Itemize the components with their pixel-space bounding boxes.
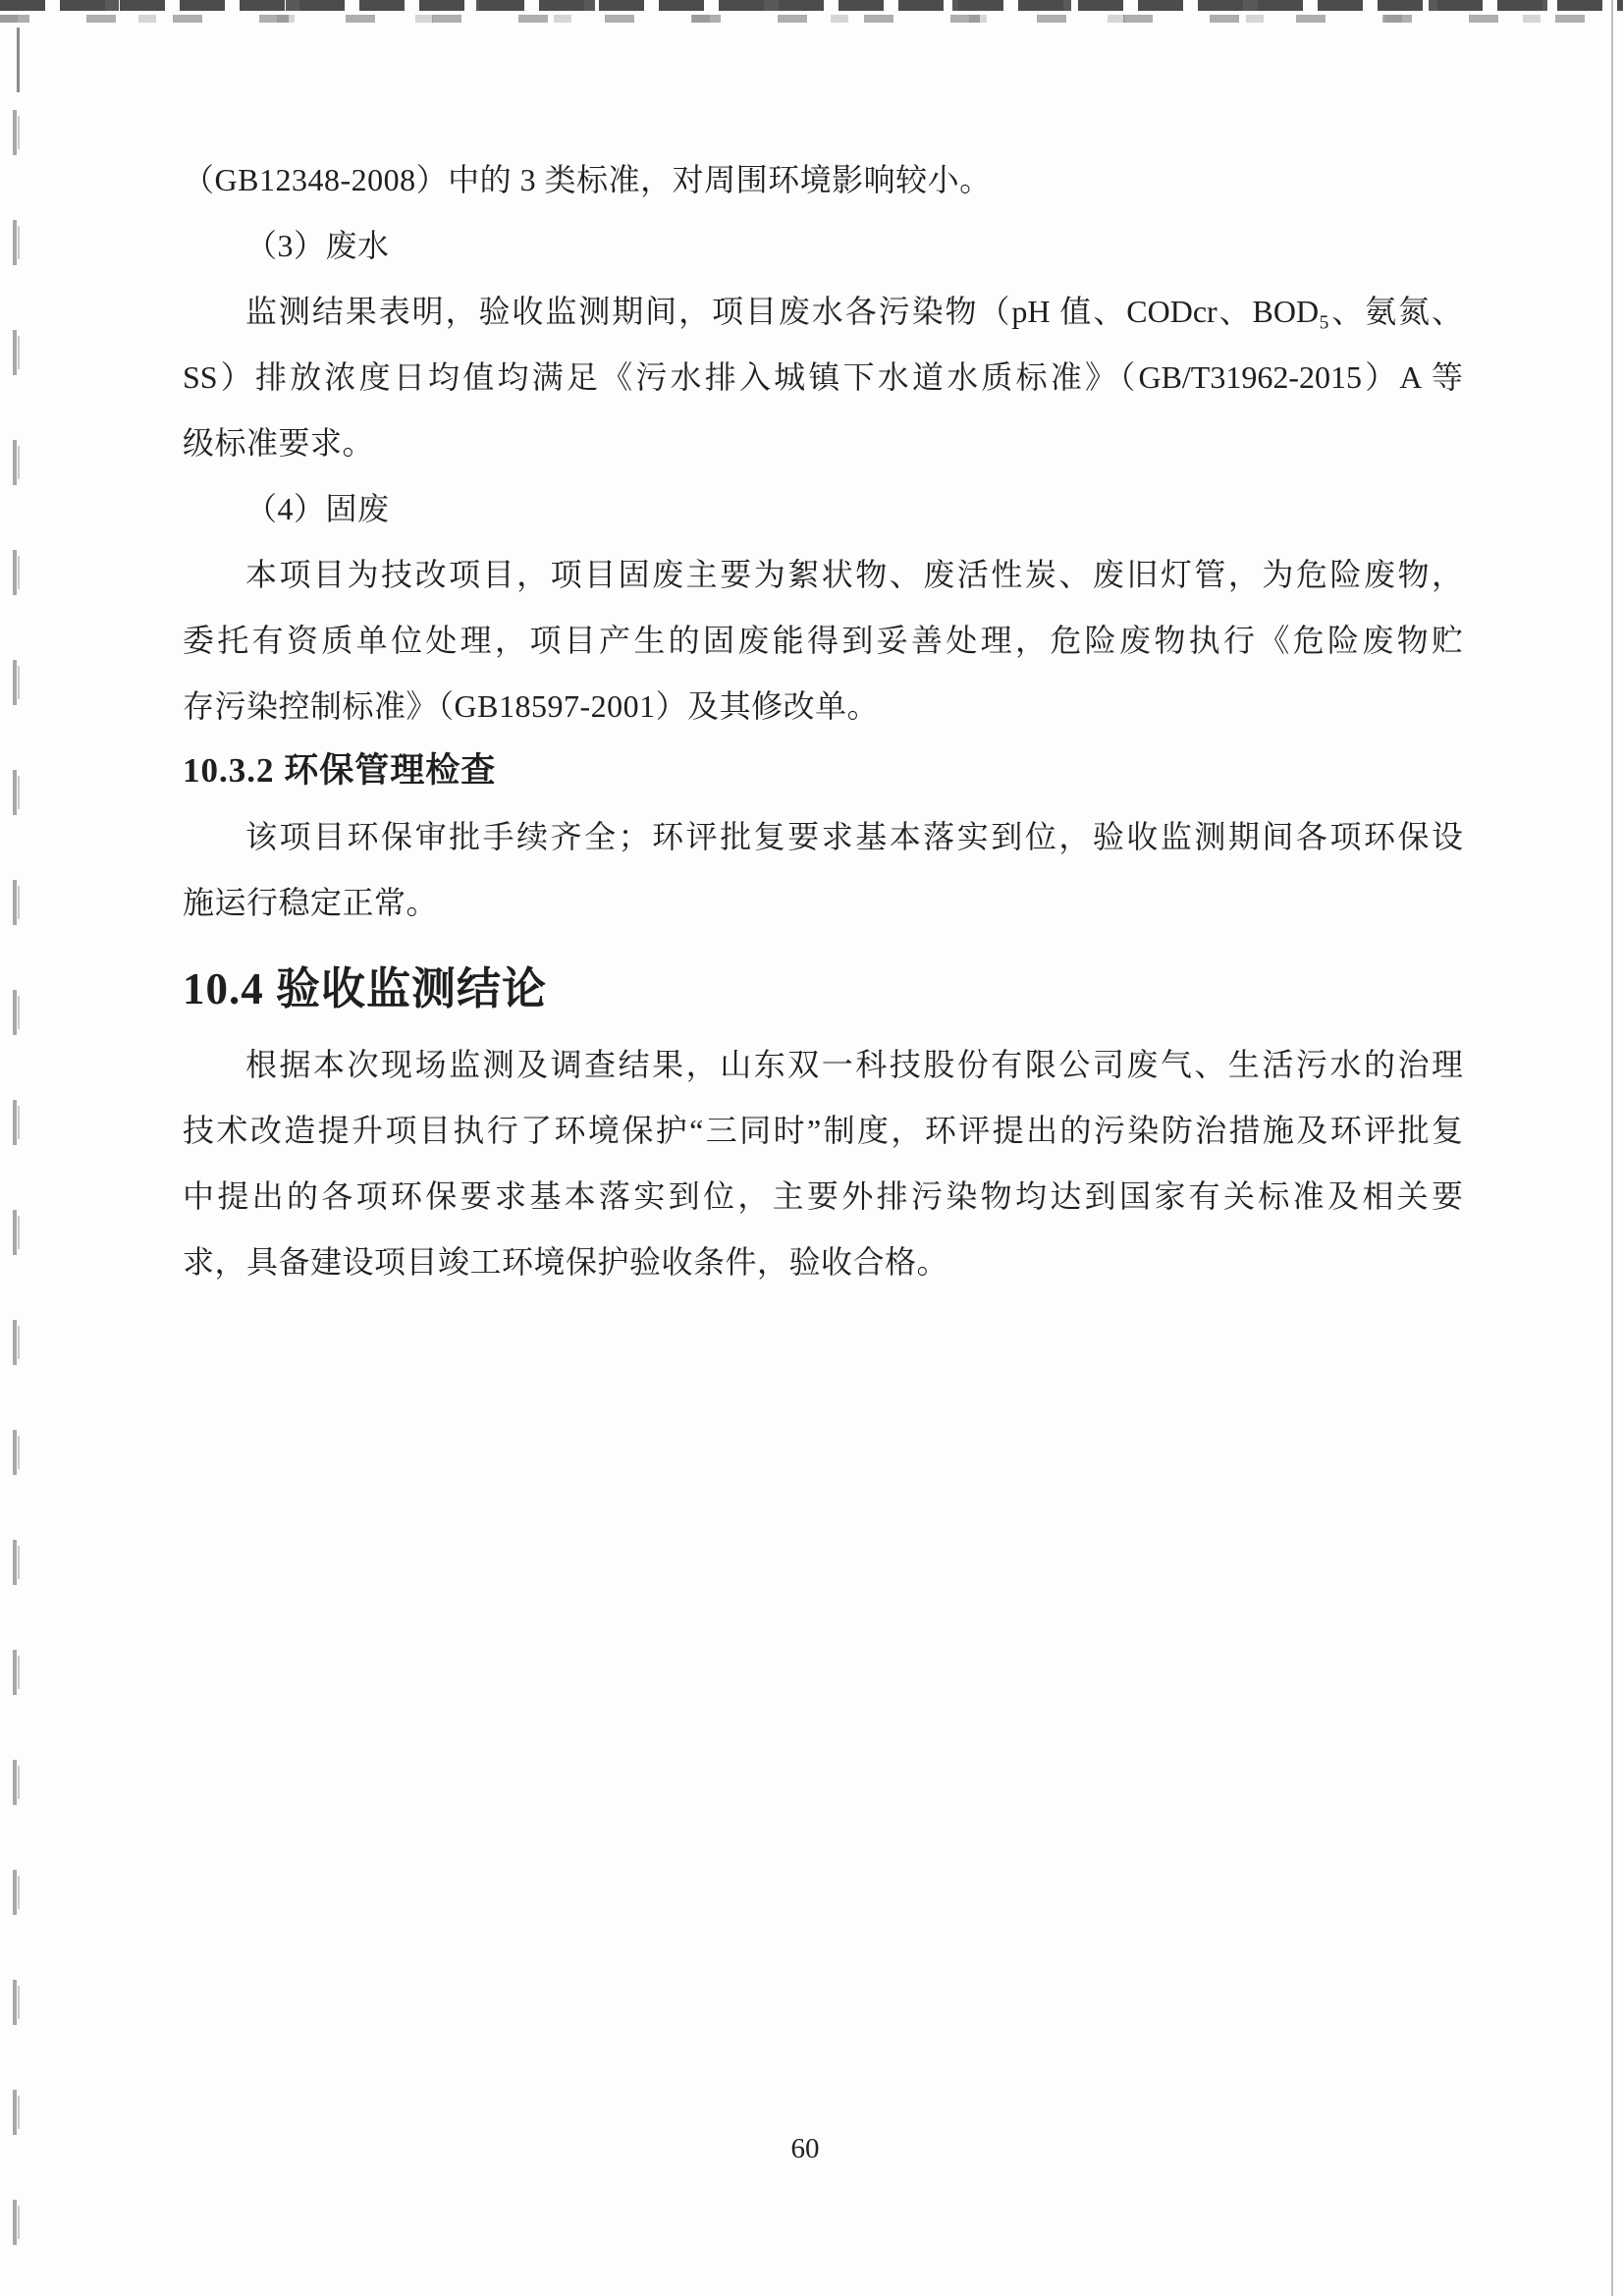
paragraph-line: 该项目环保审批手续齐全；环评批复要求基本落实到位，验收监测期间各项环保设 <box>183 804 1463 870</box>
section-heading-10-3-2: 10.3.2 环保管理检查 <box>183 741 1463 800</box>
paragraph-line: 监测结果表明，验收监测期间，项目废水各污染物（pH 值、CODcr、BOD₅、氨… <box>183 279 1463 345</box>
paragraph-line: 中提出的各项环保要求基本落实到位，主要外排污染物均达到国家有关标准及相关要 <box>183 1164 1463 1230</box>
binding-marks-left-echo <box>18 116 20 2291</box>
paragraph-line: （GB12348-2008）中的 3 类标准，对周围环境影响较小。 <box>183 147 1463 213</box>
scan-mark-top-left <box>17 27 20 92</box>
paragraph-line: 求，具备建设项目竣工环境保护验收条件，验收合格。 <box>183 1230 1463 1295</box>
list-item-heading: （4）固废 <box>183 476 1463 542</box>
paragraph-line: 委托有资质单位处理，项目产生的固废能得到妥善处理，危险废物执行《危险废物贮 <box>183 608 1463 674</box>
scan-noise-top-band <box>0 0 1623 11</box>
paragraph-line: 施运行稳定正常。 <box>183 870 1463 936</box>
document-body: （GB12348-2008）中的 3 类标准，对周围环境影响较小。 （3）废水 … <box>183 147 1463 1295</box>
paragraph-line: 本项目为技改项目，项目固废主要为絮状物、废活性炭、废旧灯管，为危险废物， <box>183 542 1463 608</box>
scan-noise-top-band-faint <box>0 15 1623 23</box>
page-number: 60 <box>0 2133 1610 2165</box>
scanned-document-page: （GB12348-2008）中的 3 类标准，对周围环境影响较小。 （3）废水 … <box>0 0 1623 2296</box>
paragraph-line: 技术改造提升项目执行了环境保护“三同时”制度，环评提出的污染防治措施及环评批复 <box>183 1098 1463 1164</box>
scan-line-right-edge <box>1611 0 1613 2296</box>
paragraph-line: 根据本次现场监测及调查结果，山东双一科技股份有限公司废气、生活污水的治理 <box>183 1032 1463 1098</box>
paragraph-line: 级标准要求。 <box>183 410 1463 476</box>
binding-marks-left <box>13 110 17 2285</box>
list-item-heading: （3）废水 <box>183 213 1463 279</box>
paragraph-line: SS）排放浓度日均值均满足《污水排入城镇下水道水质标准》（GB/T31962-2… <box>183 345 1463 410</box>
paragraph-line: 存污染控制标准》（GB18597-2001）及其修改单。 <box>183 674 1463 739</box>
section-heading-10-4: 10.4 验收监测结论 <box>183 952 1463 1026</box>
